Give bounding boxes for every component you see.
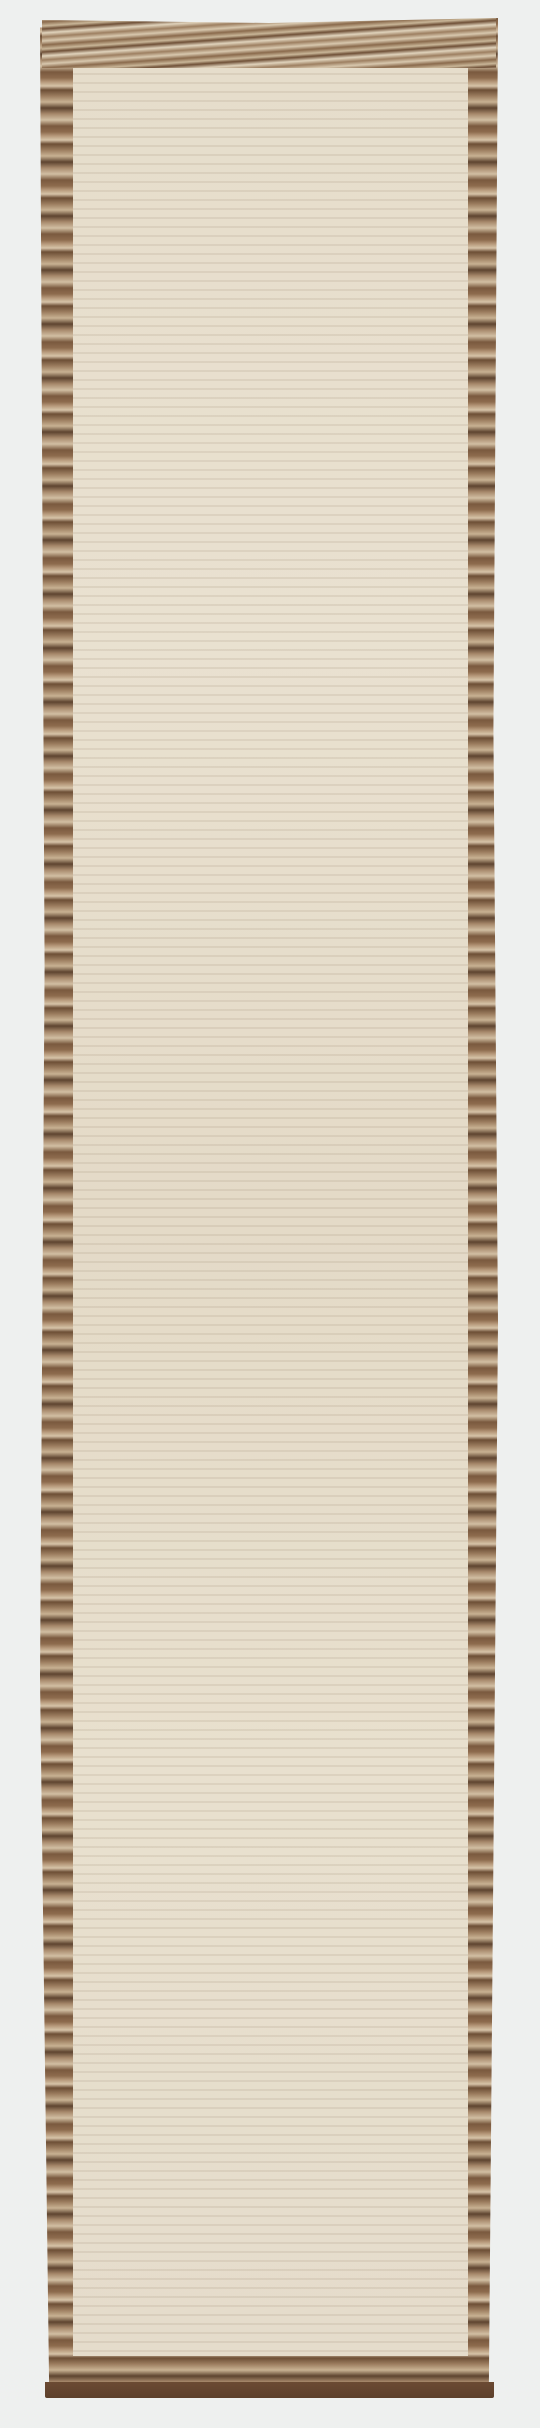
rug-bottom-band (45, 2382, 494, 2398)
rug-field (73, 66, 468, 2356)
rug-top-fold (42, 18, 496, 68)
